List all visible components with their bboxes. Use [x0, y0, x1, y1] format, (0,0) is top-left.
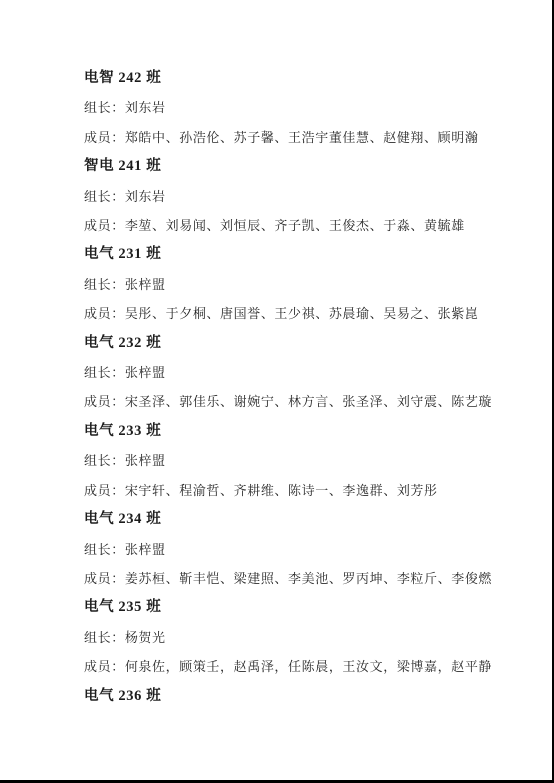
- members-line: 成员：何泉佐，顾策壬，赵禹泽，任陈晨，王汝文，梁博嘉，赵平静: [84, 652, 512, 681]
- leader-label: 组长：: [84, 630, 125, 645]
- members-names: 吴彤、于夕桐、唐国誉、王少祺、苏晨瑜、吴易之、张紫崑: [125, 306, 479, 321]
- leader-line: 组长：张梓盟: [84, 446, 512, 475]
- leader-name: 张梓盟: [125, 277, 166, 292]
- members-names: 宋宇轩、程渝哲、齐耕维、陈诗一、李逸群、刘芳彤: [125, 483, 438, 498]
- class-title: 电气 231 班: [84, 240, 512, 269]
- members-label: 成员：: [84, 483, 125, 498]
- leader-line: 组长：张梓盟: [84, 358, 512, 387]
- leader-name: 张梓盟: [125, 542, 166, 557]
- leader-label: 组长：: [84, 277, 125, 292]
- leader-line: 组长：刘东岩: [84, 182, 512, 211]
- leader-line: 组长：杨贺光: [84, 623, 512, 652]
- members-label: 成员：: [84, 659, 125, 674]
- members-line: 成员：宋圣泽、郭佳乐、谢婉宁、林方言、张圣泽、刘守震、陈艺璇: [84, 387, 512, 416]
- class-section-235: 电气 235 班 组长：杨贺光 成员：何泉佐，顾策壬，赵禹泽，任陈晨，王汝文，梁…: [84, 593, 512, 681]
- members-label: 成员：: [84, 306, 125, 321]
- members-label: 成员：: [84, 130, 125, 145]
- class-title: 电气 235 班: [84, 593, 512, 622]
- members-label: 成员：: [84, 394, 125, 409]
- members-label: 成员：: [84, 218, 125, 233]
- class-title: 智电 241 班: [84, 152, 512, 181]
- class-section-241: 智电 241 班 组长：刘东岩 成员：李堃、刘易闻、刘恒辰、齐子凯、王俊杰、于淼…: [84, 152, 512, 240]
- class-title: 电气 236 班: [84, 682, 512, 711]
- members-line: 成员：吴彤、于夕桐、唐国誉、王少祺、苏晨瑜、吴易之、张紫崑: [84, 299, 512, 328]
- class-title: 电气 234 班: [84, 505, 512, 534]
- members-names: 何泉佐，顾策壬，赵禹泽，任陈晨，王汝文，梁博嘉，赵平静: [125, 659, 492, 674]
- members-names: 郑皓中、孙浩伦、苏子馨、王浩宇董佳慧、赵健翔、顾明瀚: [125, 130, 479, 145]
- members-label: 成员：: [84, 571, 125, 586]
- members-names: 姜苏桓、靳丰恺、梁建照、李美池、罗丙坤、李粒斤、李俊燃: [125, 571, 492, 586]
- leader-line: 组长：刘东岩: [84, 93, 512, 122]
- class-section-234: 电气 234 班 组长：张梓盟 成员：姜苏桓、靳丰恺、梁建照、李美池、罗丙坤、李…: [84, 505, 512, 593]
- members-line: 成员：宋宇轩、程渝哲、齐耕维、陈诗一、李逸群、刘芳彤: [84, 476, 512, 505]
- members-line: 成员：姜苏桓、靳丰恺、梁建照、李美池、罗丙坤、李粒斤、李俊燃: [84, 564, 512, 593]
- class-title: 电气 233 班: [84, 417, 512, 446]
- class-section-231: 电气 231 班 组长：张梓盟 成员：吴彤、于夕桐、唐国誉、王少祺、苏晨瑜、吴易…: [84, 240, 512, 328]
- document-body: 电智 242 班 组长：刘东岩 成员：郑皓中、孙浩伦、苏子馨、王浩宇董佳慧、赵健…: [84, 64, 512, 711]
- members-names: 李堃、刘易闻、刘恒辰、齐子凯、王俊杰、于淼、黄毓雄: [125, 218, 465, 233]
- class-section-236: 电气 236 班: [84, 682, 512, 711]
- leader-line: 组长：张梓盟: [84, 270, 512, 299]
- leader-label: 组长：: [84, 542, 125, 557]
- leader-name: 张梓盟: [125, 365, 166, 380]
- members-names: 宋圣泽、郭佳乐、谢婉宁、林方言、张圣泽、刘守震、陈艺璇: [125, 394, 492, 409]
- leader-label: 组长：: [84, 189, 125, 204]
- leader-name: 张梓盟: [125, 453, 166, 468]
- leader-line: 组长：张梓盟: [84, 535, 512, 564]
- document-page: 电智 242 班 组长：刘东岩 成员：郑皓中、孙浩伦、苏子馨、王浩宇董佳慧、赵健…: [0, 0, 554, 783]
- class-title: 电气 232 班: [84, 329, 512, 358]
- leader-name: 杨贺光: [125, 630, 166, 645]
- leader-label: 组长：: [84, 365, 125, 380]
- members-line: 成员：郑皓中、孙浩伦、苏子馨、王浩宇董佳慧、赵健翔、顾明瀚: [84, 123, 512, 152]
- members-line: 成员：李堃、刘易闻、刘恒辰、齐子凯、王俊杰、于淼、黄毓雄: [84, 211, 512, 240]
- leader-name: 刘东岩: [125, 189, 166, 204]
- class-section-232: 电气 232 班 组长：张梓盟 成员：宋圣泽、郭佳乐、谢婉宁、林方言、张圣泽、刘…: [84, 329, 512, 417]
- leader-label: 组长：: [84, 100, 125, 115]
- class-title: 电智 242 班: [84, 64, 512, 93]
- leader-label: 组长：: [84, 453, 125, 468]
- class-section-233: 电气 233 班 组长：张梓盟 成员：宋宇轩、程渝哲、齐耕维、陈诗一、李逸群、刘…: [84, 417, 512, 505]
- class-section-242: 电智 242 班 组长：刘东岩 成员：郑皓中、孙浩伦、苏子馨、王浩宇董佳慧、赵健…: [84, 64, 512, 152]
- leader-name: 刘东岩: [125, 100, 166, 115]
